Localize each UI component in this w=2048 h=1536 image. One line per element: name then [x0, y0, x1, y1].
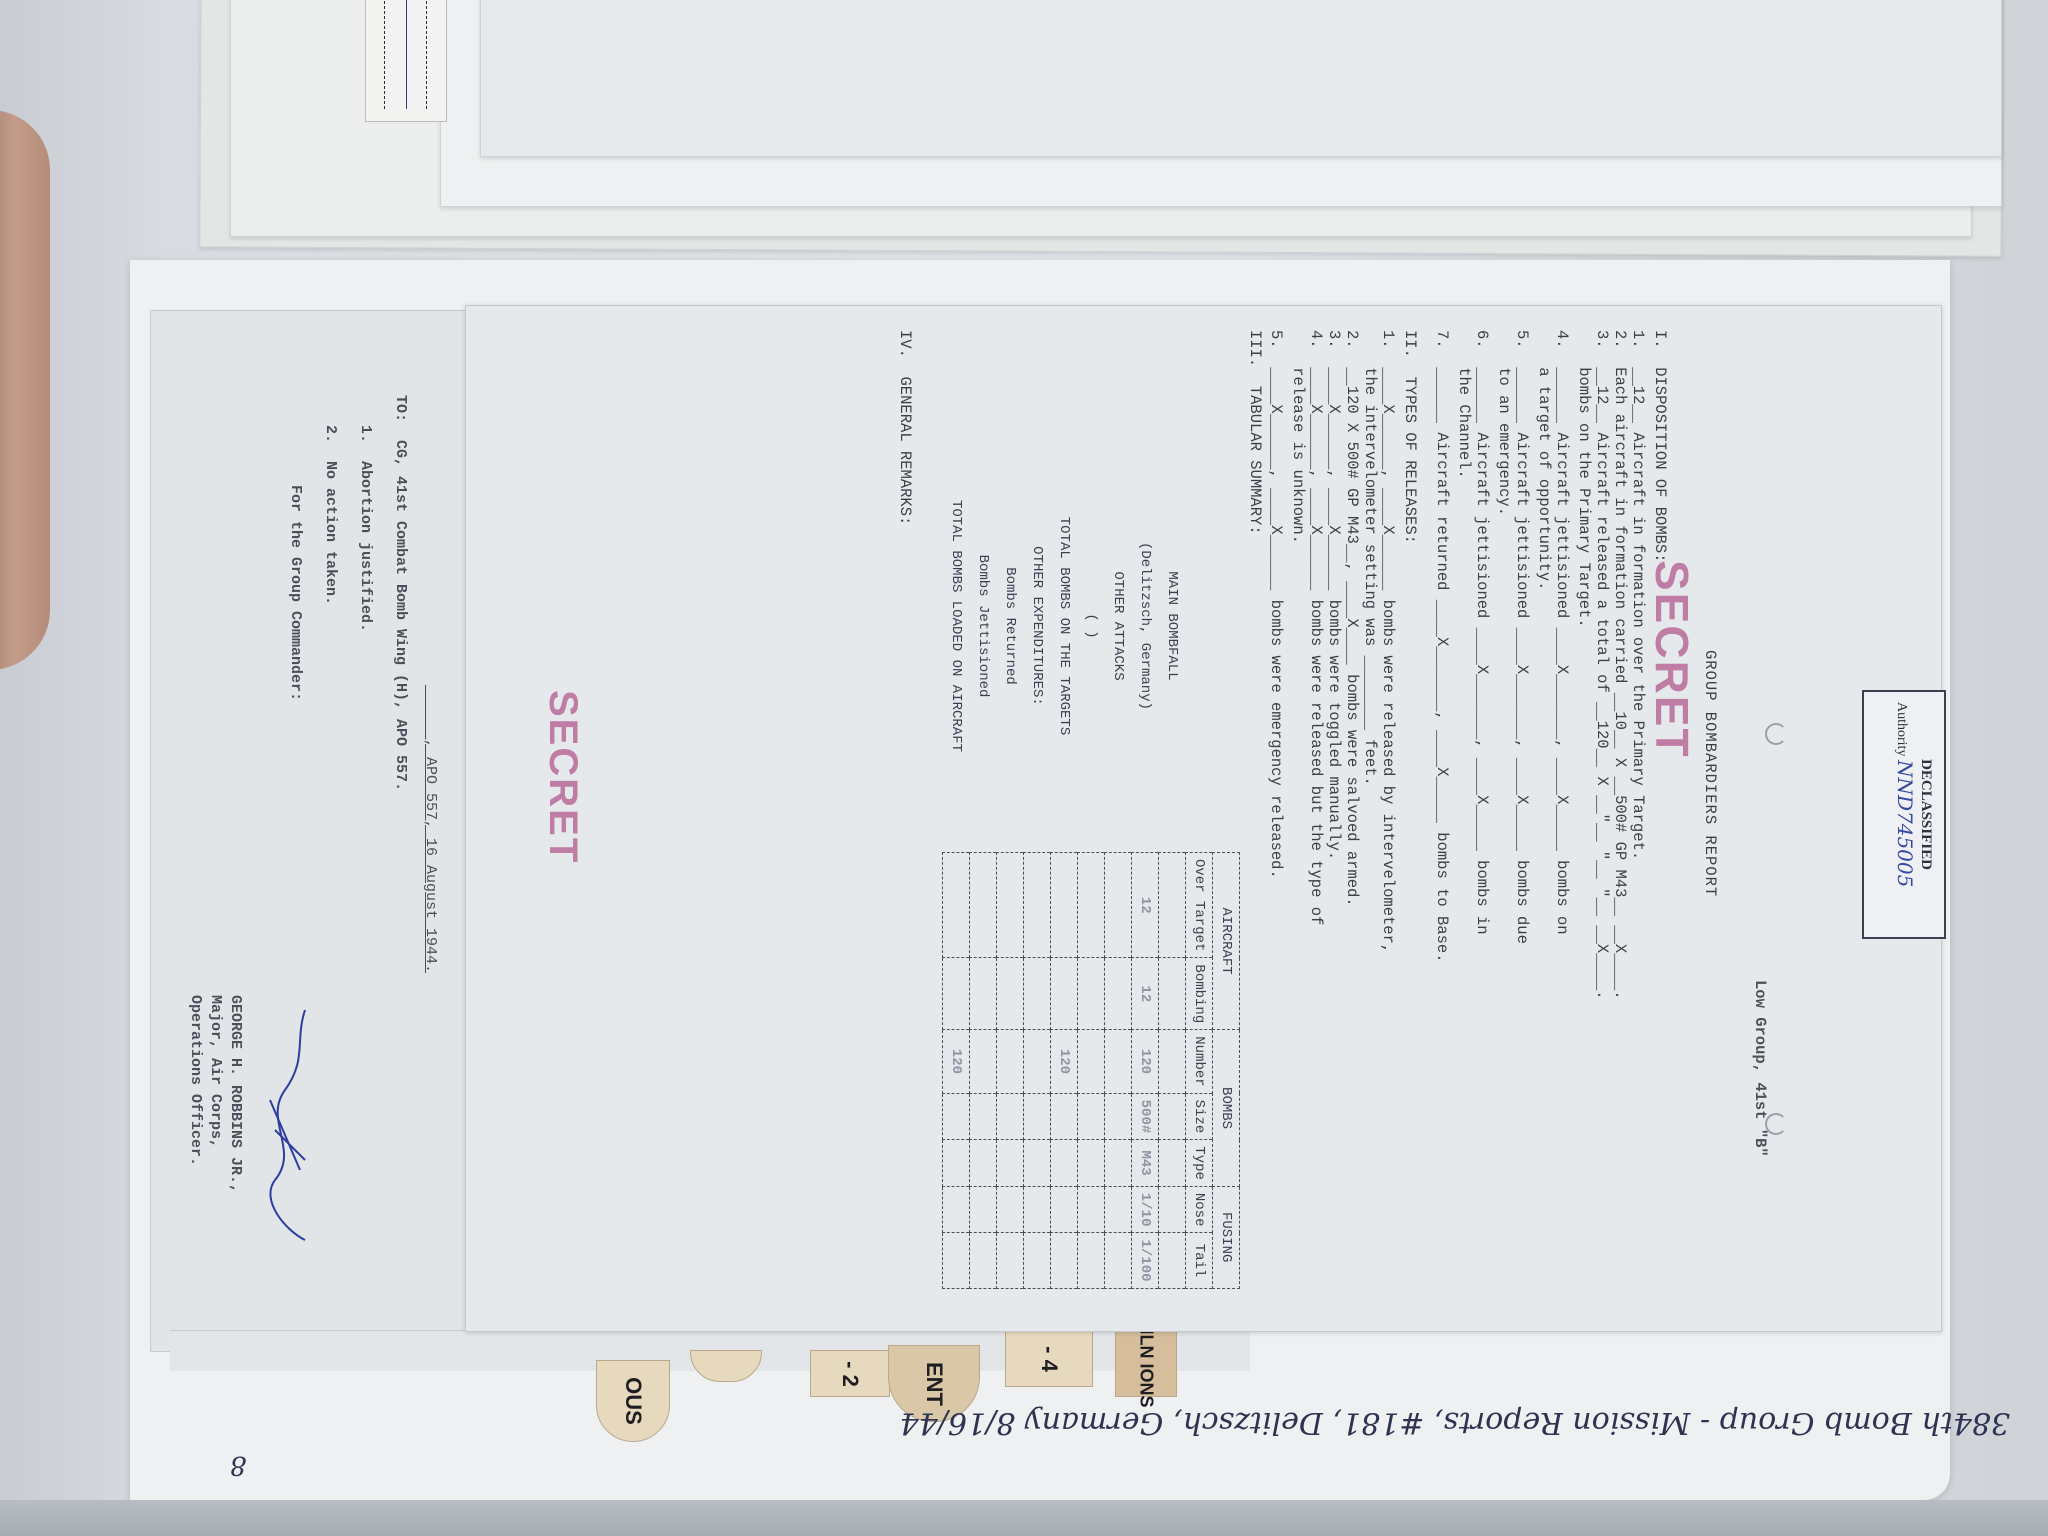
declassified-stamp: DECLASSIFIED Authority NND745005: [1862, 690, 1946, 939]
table-row: MAIN BOMBFALL: [1159, 400, 1186, 1288]
disposition-item: 1. __12__ Aircraft in formation over the…: [1628, 330, 1648, 860]
table-cell: [1159, 853, 1186, 958]
table-row: OTHER ATTACKS: [1105, 400, 1132, 1288]
memo-header-line: ______, APO 557, 16 August 1944.: [420, 685, 440, 973]
table-cell: [943, 1186, 970, 1233]
disposition-item: 7. ______ Aircraft returned ____X_______…: [1432, 330, 1452, 963]
table-cell: [970, 1093, 997, 1140]
row-label: (Delitzsch, Germany): [1132, 400, 1159, 853]
declassified-title: DECLASSIFIED: [1917, 702, 1934, 927]
column-group-header: AIRCRAFT: [1213, 853, 1240, 1030]
folder-handwritten-label: 384th Bomb Group - Mission Reports, #181…: [720, 1405, 2010, 1440]
table-cell: [997, 1140, 1024, 1187]
table-cell: [1024, 853, 1051, 958]
column-group-header: BOMBS: [1213, 1030, 1240, 1187]
table-row: ( ): [1078, 400, 1105, 1288]
table-cell: 1/100: [1132, 1233, 1159, 1288]
table-cell: [1024, 1140, 1051, 1187]
table-cell: [970, 1140, 997, 1187]
memo-to: TO: CG, 41st Combat Bomb Wing (H), APO 5…: [390, 395, 410, 791]
section-heading: I. DISPOSITION OF BOMBS:: [1650, 330, 1670, 563]
row-label: MAIN BOMBFALL: [1159, 400, 1186, 853]
group-designation: Low Group, 41st "B": [1750, 980, 1770, 1157]
table-cell: [1051, 1093, 1078, 1140]
row-label: Bombs Jettisioned: [970, 400, 997, 853]
column-header: Size: [1186, 1093, 1213, 1140]
release-item: 2. __120 X 500# GP M43__, ____X____ bomb…: [1342, 330, 1362, 907]
table-cell: [1078, 958, 1105, 1030]
table-cell: [1105, 853, 1132, 958]
table-cell: M43: [1132, 1140, 1159, 1187]
table-cell: [943, 853, 970, 958]
bombardiers-report: GROUP BOMBARDIERS REPORT Low Group, 41st…: [680, 330, 1720, 1340]
signature-name: GEORGE H. ROBBINS JR.,: [225, 995, 245, 1193]
release-item: release is unknown.: [1288, 330, 1308, 544]
disposition-item: 2. Each aircraft in formation carried __…: [1610, 330, 1630, 1000]
table-cell: [1024, 1093, 1051, 1140]
row-label: Bombs Returned: [997, 400, 1024, 853]
table-cell: [1078, 1186, 1105, 1233]
table-cell: [1024, 958, 1051, 1030]
row-label: OTHER ATTACKS: [1105, 400, 1132, 853]
tabular-summary-table: AIRCRAFTBOMBSFUSINGOver TargetBombingNum…: [942, 400, 1240, 1289]
table-row: TOTAL BOMBS LOADED ON AIRCRAFT120: [943, 400, 970, 1288]
table-cell: [943, 958, 970, 1030]
secret-stamp: SECRET: [540, 690, 585, 864]
table-cell: [1159, 1030, 1186, 1093]
table-cell: [1024, 1233, 1051, 1288]
table-cell: [1051, 853, 1078, 958]
column-header: Bombing: [1186, 958, 1213, 1030]
table-cell: [997, 853, 1024, 958]
punch-hole: [1765, 723, 1787, 745]
table-cell: [1051, 1233, 1078, 1288]
handwritten-signature: [255, 1000, 315, 1250]
table-cell: [1051, 1140, 1078, 1187]
table-cell: [970, 1233, 997, 1288]
column-header: Nose: [1186, 1186, 1213, 1233]
table-cell: 120: [1051, 1030, 1078, 1093]
table-cell: 12: [1132, 853, 1159, 958]
memo-item: 2. No action taken.: [320, 425, 340, 605]
section-heading: III. TABULAR SUMMARY:: [1245, 330, 1265, 535]
table-cell: [1078, 1093, 1105, 1140]
table-cell: [970, 958, 997, 1030]
section-heading: IV. GENERAL REMARKS:: [895, 330, 915, 525]
table-cell: [997, 958, 1024, 1030]
table-cell: [997, 1093, 1024, 1140]
index-tab[interactable]: MLN IONS: [1115, 1330, 1177, 1397]
table-cell: 1/10: [1132, 1186, 1159, 1233]
column-header: Tail: [1186, 1233, 1213, 1288]
column-group-header: FUSING: [1213, 1186, 1240, 1288]
disposition-item: 6. ______ Aircraft jettisioned ____X____…: [1472, 330, 1492, 935]
row-label: ( ): [1078, 400, 1105, 853]
table-cell: [997, 1233, 1024, 1288]
secret-stamp: SECRET: [1662, 560, 1682, 759]
column-header: Type: [1186, 1140, 1213, 1187]
finger: [0, 110, 50, 670]
table-cell: 12: [1132, 958, 1159, 1030]
index-tab[interactable]: - 2: [810, 1350, 890, 1397]
section-heading: II. TYPES OF RELEASES:: [1400, 330, 1420, 544]
signature-rank: Major, Air Corps,: [205, 995, 225, 1148]
disposition-item: to an emergency.: [1494, 330, 1514, 516]
row-label: TOTAL BOMBS LOADED ON AIRCRAFT: [943, 400, 970, 853]
disposition-item: a target of opportunity.: [1534, 330, 1554, 590]
table-row: OTHER EXPENDITURES:: [1024, 400, 1051, 1288]
ruled-slip: [365, 0, 447, 122]
table-cell: [943, 1233, 970, 1288]
table-row: TOTAL BOMBS ON THE TARGETS120: [1051, 400, 1078, 1288]
release-item: 1. ____X______, ____X______ bombs were r…: [1378, 330, 1398, 953]
table-cell: [1159, 1140, 1186, 1187]
authority-label: Authority: [1894, 702, 1909, 756]
table-cell: [970, 1186, 997, 1233]
table-cell: [970, 1030, 997, 1093]
memo-item: 1. Abortion justified.: [355, 425, 375, 632]
disposition-item: the Channel.: [1454, 330, 1474, 479]
table-cell: [1024, 1186, 1051, 1233]
column-header: Over Target: [1186, 853, 1213, 958]
table-cell: [1105, 1093, 1132, 1140]
table-cell: 120: [943, 1030, 970, 1093]
table-cell: [1024, 1030, 1051, 1093]
table-cell: [1051, 1186, 1078, 1233]
table-cell: [997, 1186, 1024, 1233]
row-label: OTHER EXPENDITURES:: [1024, 400, 1051, 853]
row-label: TOTAL BOMBS ON THE TARGETS: [1051, 400, 1078, 853]
table-cell: 500#: [1132, 1093, 1159, 1140]
table-cell: [1105, 1140, 1132, 1187]
table-cell: [943, 1093, 970, 1140]
table-row: Bombs Jettisioned: [970, 400, 997, 1288]
table-cell: [1078, 853, 1105, 958]
disposition-item: 3. __12__ Aircraft released a total of _…: [1592, 330, 1612, 1000]
table-cell: 120: [1132, 1030, 1159, 1093]
table-cell: [970, 853, 997, 958]
disposition-item: 4. ______ Aircraft jettisioned ____X____…: [1552, 330, 1572, 935]
report-title: GROUP BOMBARDIERS REPORT: [1700, 650, 1720, 897]
table-cell: [997, 1030, 1024, 1093]
table-cell: [943, 1140, 970, 1187]
table-row: Bombs Returned: [997, 400, 1024, 1288]
release-item: the intervelometer setting was ________ …: [1360, 330, 1380, 786]
table-cell: [1159, 1186, 1186, 1233]
release-item: 5. ____X______, ____X______ bombs were e…: [1266, 330, 1286, 879]
release-item: 4. ____X______, ____X______ bombs were r…: [1306, 330, 1326, 925]
disposition-item: 5. ______ Aircraft jettisioned ____X____…: [1512, 330, 1532, 944]
table-surface: [0, 1500, 2048, 1536]
table-cell: [1078, 1140, 1105, 1187]
paper-stack-top: [480, 0, 2002, 157]
signature-title: Operations Officer.: [185, 995, 205, 1166]
table-row: (Delitzsch, Germany)1212120500#M431/101/…: [1132, 400, 1159, 1288]
release-item: 3. ____X______, ____X______ bombs were t…: [1324, 330, 1344, 860]
table-cell: [1159, 1233, 1186, 1288]
table-cell: [1105, 1030, 1132, 1093]
table-cell: [1051, 958, 1078, 1030]
table-cell: [1159, 958, 1186, 1030]
folder-page-marker: 8: [230, 1450, 247, 1480]
table-cell: [1105, 1233, 1132, 1288]
table-cell: [1105, 958, 1132, 1030]
authority-value: NND745005: [1893, 760, 1917, 887]
column-header: Number: [1186, 1030, 1213, 1093]
table-cell: [1159, 1093, 1186, 1140]
index-tab[interactable]: OUS: [596, 1360, 670, 1442]
table-cell: [1078, 1030, 1105, 1093]
disposition-item: bombs on the Primary Target.: [1574, 330, 1594, 628]
memo-closing: For the Group Commander:: [285, 485, 305, 701]
table-cell: [1105, 1186, 1132, 1233]
table-cell: [1078, 1233, 1105, 1288]
